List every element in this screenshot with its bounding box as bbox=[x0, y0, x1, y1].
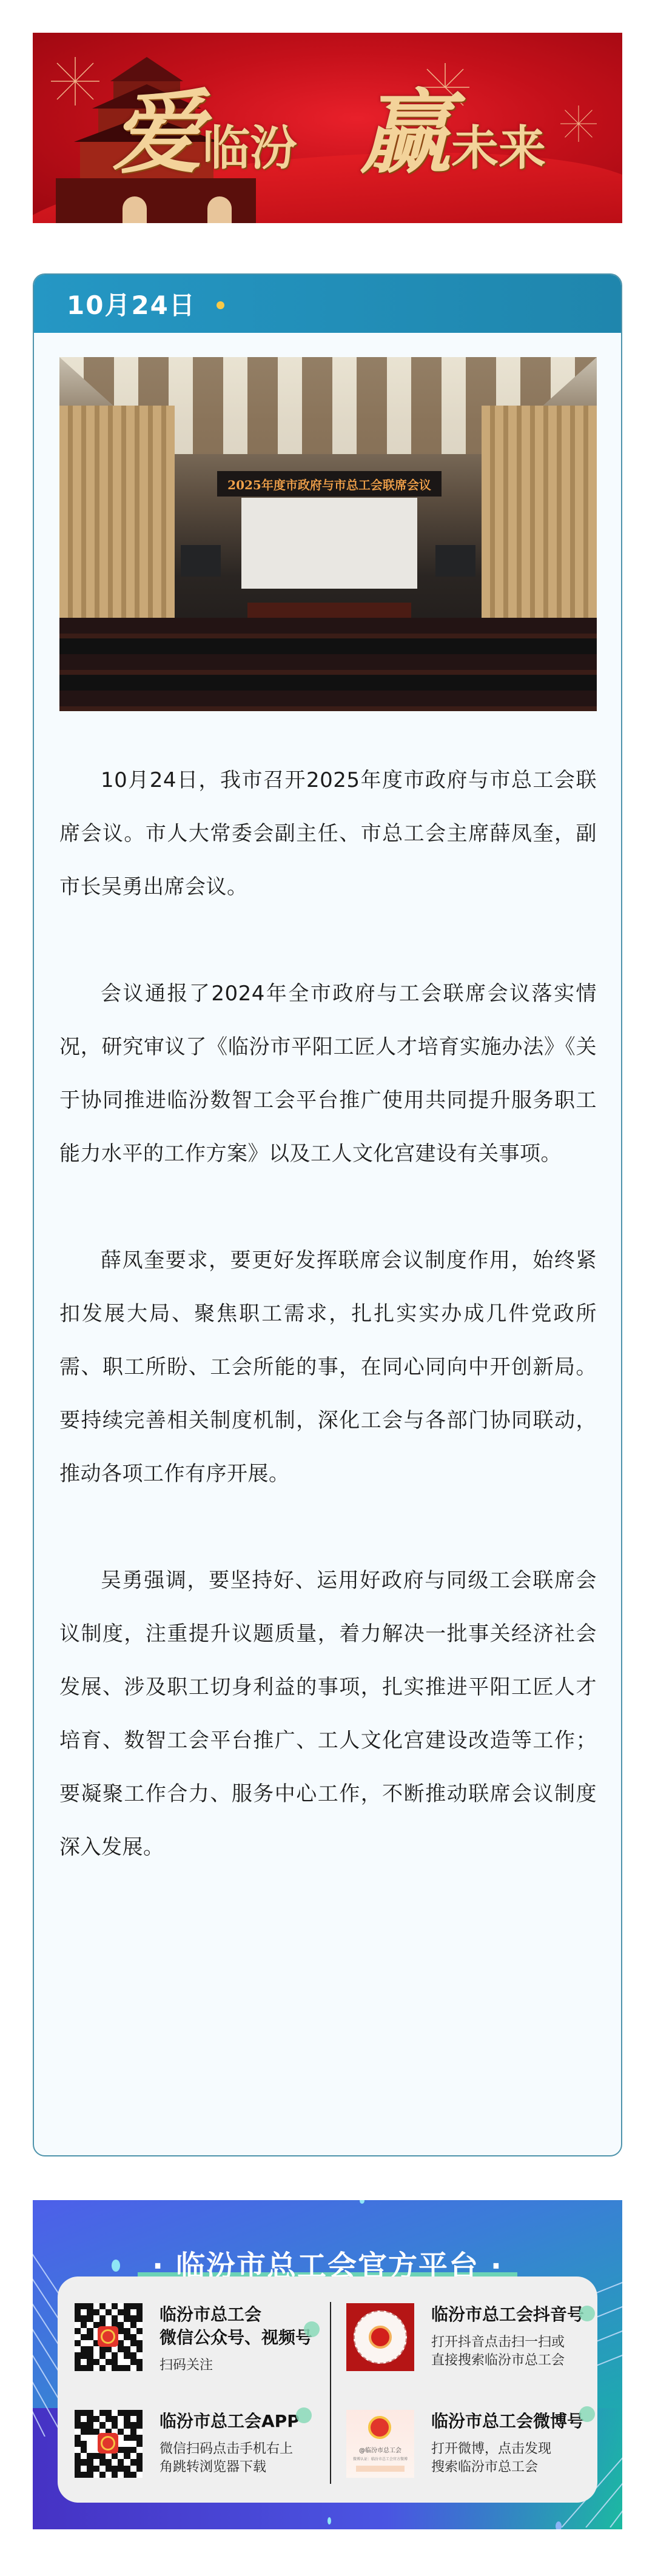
qr-code-icon[interactable] bbox=[75, 2410, 143, 2478]
douyin-code-circle bbox=[354, 2310, 407, 2364]
article-paragraph: 薛凤奎要求，要更好发挥联席会议制度作用，始终紧扣发展大局、聚焦职工需求，扎扎实实… bbox=[59, 1234, 597, 1500]
photo-stage-banner: 2025年度市政府与市总工会联席会议 bbox=[217, 471, 442, 497]
weibo-verify-text: 微博认证：临汾市总工会官方微博 bbox=[348, 2456, 413, 2461]
headline-char-win: 赢 bbox=[360, 79, 451, 186]
platform-desc-line: 微信扫码点击手机右上 bbox=[160, 2440, 300, 2458]
bubble-decoration bbox=[327, 2517, 331, 2524]
platform-item-wechat[interactable]: 临汾市总工会 微信公众号、视频号 扫码关注 bbox=[75, 2303, 329, 2394]
photo-audience-rows bbox=[59, 618, 597, 711]
platform-desc-line: 角跳转浏览器下载 bbox=[160, 2458, 300, 2477]
headline-future: 未来 bbox=[451, 121, 546, 176]
yellow-dot-icon bbox=[217, 301, 224, 309]
firework-decoration-icon bbox=[560, 105, 597, 142]
platform-desc-line: 直接搜索临汾市总工会 bbox=[431, 2352, 584, 2370]
weibo-profile-icon[interactable]: @临汾市总工会 微博认证：临汾市总工会官方微博 bbox=[346, 2410, 414, 2478]
platform-desc: 打开抖音点击扫一扫或 直接搜索临汾市总工会 bbox=[431, 2333, 584, 2370]
official-platforms-panel: · 临汾市总工会官方平台 · 临汾市总工会 bbox=[33, 2200, 622, 2529]
platform-desc: 打开微博，点击发现 搜索临汾市总工会 bbox=[431, 2440, 584, 2477]
platform-name-line: 临汾市总工会抖音号 bbox=[431, 2303, 584, 2326]
qr-code-icon[interactable] bbox=[75, 2303, 143, 2371]
trade-union-logo-icon bbox=[98, 2433, 118, 2454]
article-paragraph: 吴勇强调，要坚持好、运用好政府与同级工会联席会议制度，注重提升议题质量，着力解决… bbox=[59, 1554, 597, 1874]
photo-stage bbox=[241, 498, 417, 589]
platform-name: 临汾市总工会抖音号 bbox=[431, 2303, 584, 2326]
douyin-code-icon[interactable] bbox=[346, 2303, 414, 2371]
bubble-decoration bbox=[556, 2521, 562, 2529]
firework-decoration-icon bbox=[51, 57, 99, 105]
platform-info: 临汾市总工会 微信公众号、视频号 扫码关注 bbox=[160, 2303, 312, 2375]
header-banner: 爱临汾 赢未来 工会在行动 bbox=[33, 33, 622, 223]
platform-info: 临汾市总工会抖音号 打开抖音点击扫一扫或 直接搜索临汾市总工会 bbox=[431, 2303, 584, 2370]
photo-screen-right bbox=[435, 545, 475, 577]
platform-item-weibo[interactable]: @临汾市总工会 微博认证：临汾市总工会官方微博 临汾市总工会微博号 打开微博，点… bbox=[346, 2410, 601, 2501]
mint-dot-decoration bbox=[579, 2306, 595, 2321]
platform-divider bbox=[330, 2302, 331, 2484]
platform-name-line: 临汾市总工会APP bbox=[160, 2410, 300, 2433]
mint-dot-decoration bbox=[296, 2407, 312, 2423]
trade-union-logo-icon bbox=[368, 2416, 391, 2439]
weibo-stat-bar bbox=[356, 2466, 405, 2472]
article-paragraph: 10月24日，我市召开2025年度市政府与市总工会联席会议。市人大常委会副主任、… bbox=[59, 754, 597, 914]
news-card-header: 10月24日 bbox=[34, 275, 621, 333]
news-card: 10月24日 2025年度市政府与市总工会联席会议 10月24日，我市召开202… bbox=[33, 273, 622, 2156]
platform-desc-line: 打开抖音点击扫一扫或 bbox=[431, 2333, 584, 2352]
platform-desc: 扫码关注 bbox=[160, 2357, 312, 2375]
meeting-photo[interactable]: 2025年度市政府与市总工会联席会议 bbox=[59, 357, 597, 711]
platform-desc-line: 打开微博，点击发现 bbox=[431, 2440, 584, 2458]
article-paragraph: 会议通报了2024年全市政府与工会联席会议落实情况，研究审议了《临汾市平阳工匠人… bbox=[59, 967, 597, 1180]
platform-info: 临汾市总工会微博号 打开微博，点击发现 搜索临汾市总工会 bbox=[431, 2410, 584, 2477]
platform-item-app[interactable]: 临汾市总工会APP 微信扫码点击手机右上 角跳转浏览器下载 bbox=[75, 2410, 329, 2501]
platform-desc: 微信扫码点击手机右上 角跳转浏览器下载 bbox=[160, 2440, 300, 2477]
photo-screen-left bbox=[181, 545, 221, 577]
mint-dot-decoration bbox=[304, 2321, 320, 2337]
platform-name-line: 临汾市总工会 bbox=[160, 2303, 312, 2326]
platform-name-line: 临汾市总工会微博号 bbox=[431, 2410, 584, 2433]
mint-dot-decoration bbox=[579, 2406, 595, 2422]
platform-name: 临汾市总工会 微信公众号、视频号 bbox=[160, 2303, 312, 2349]
photo-curtain-left bbox=[59, 406, 175, 624]
article-body: 10月24日，我市召开2025年度市政府与市总工会联席会议。市人大常委会副主任、… bbox=[59, 754, 597, 1927]
headline-linfen: 临汾 bbox=[203, 121, 297, 176]
headline-char-love: 爱 bbox=[112, 79, 203, 186]
platform-desc-line: 搜索临汾市总工会 bbox=[431, 2458, 584, 2477]
bubble-decoration bbox=[360, 2200, 364, 2204]
platform-name-line: 微信公众号、视频号 bbox=[160, 2326, 312, 2349]
trade-union-logo-icon bbox=[98, 2326, 118, 2347]
news-date-label: 10月24日 bbox=[67, 286, 196, 322]
platform-list: 临汾市总工会 微信公众号、视频号 扫码关注 临汾市总工会抖音号 bbox=[58, 2277, 597, 2503]
banner-headline-win-future: 赢未来 bbox=[360, 87, 546, 178]
platform-name: 临汾市总工会微博号 bbox=[431, 2410, 584, 2433]
photo-curtain-right bbox=[482, 406, 597, 624]
platform-name: 临汾市总工会APP bbox=[160, 2410, 300, 2433]
weibo-handle: @临汾市总工会 bbox=[346, 2445, 414, 2454]
platform-item-douyin[interactable]: 临汾市总工会抖音号 打开抖音点击扫一扫或 直接搜索临汾市总工会 bbox=[346, 2303, 601, 2394]
platform-info: 临汾市总工会APP 微信扫码点击手机右上 角跳转浏览器下载 bbox=[160, 2410, 300, 2477]
banner-headline-love-linfen: 爱临汾 bbox=[112, 87, 297, 178]
trade-union-logo-icon bbox=[369, 2326, 392, 2349]
